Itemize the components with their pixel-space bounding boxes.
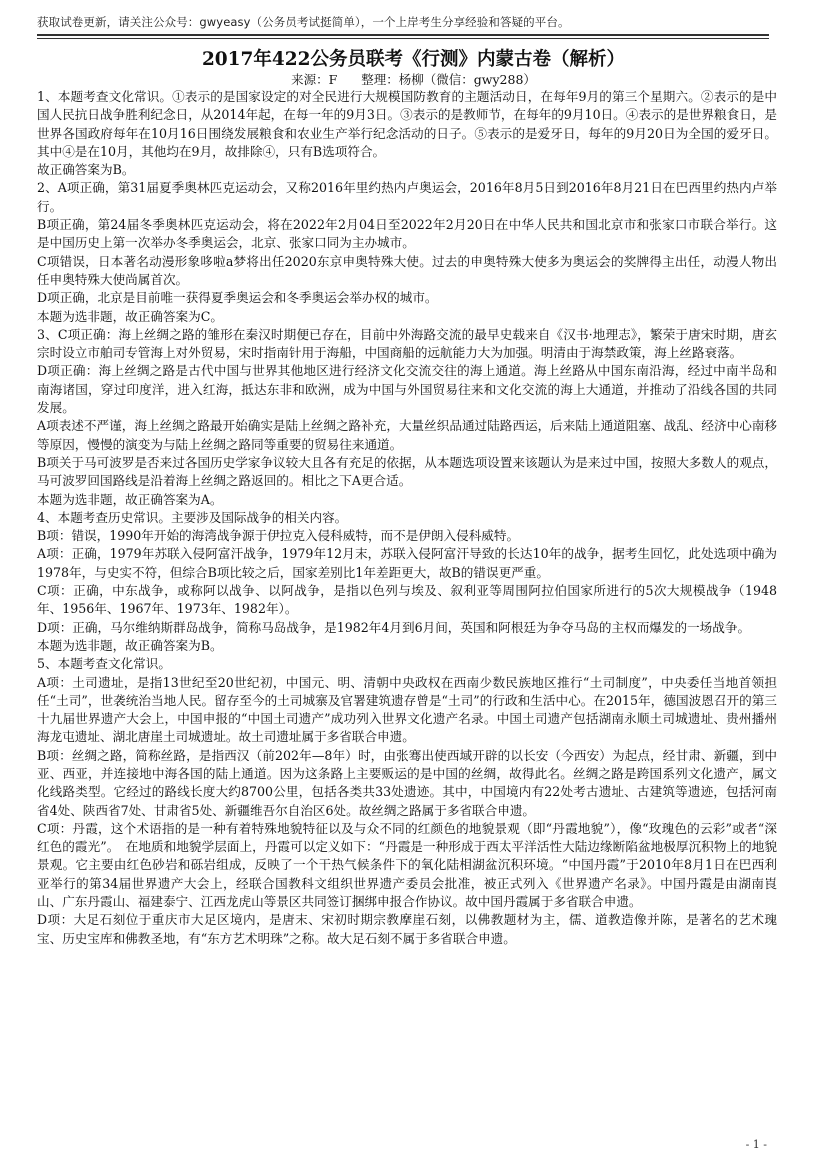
paragraph: D项正确：海上丝绸之路是古代中国与世界其他地区进行经济文化交流交往的海上通道。海…: [37, 362, 777, 417]
paragraph: 本题为选非题，故正确答案为C。: [37, 308, 777, 326]
paragraph: C项：丹霞，这个术语指的是一种有着特殊地貌特征以及与众不同的红颜色的地貌景观（即…: [37, 820, 777, 911]
paragraph: A项：正确，1979年苏联入侵阿富汗战争，1979年12月末，苏联入侵阿富汗导致…: [37, 545, 777, 582]
paragraph: B项：丝绸之路，简称丝路，是指西汉（前202年—8年）时，由张骞出使西域开辟的以…: [37, 747, 777, 820]
paragraph: D项：大足石刻位于重庆市大足区境内，是唐末、宋初时期宗教摩崖石刻，以佛教题材为主…: [37, 911, 777, 948]
paragraph: A项：土司遗址，是指13世纪至20世纪初，中国元、明、清朝中央政权在西南少数民族…: [37, 674, 777, 747]
document-byline: 来源：F整理：杨柳（微信：gwy288）: [0, 70, 827, 88]
source-label: 来源：F: [291, 72, 337, 87]
paragraph: A项表述不严谨，海上丝绸之路最开始确实是陆上丝绸之路补充，大量丝织品通过陆路西运…: [37, 417, 777, 454]
editor-label: 整理：杨柳（微信：gwy288）: [361, 72, 536, 87]
paragraph: 3、C项正确：海上丝绸之路的雏形在秦汉时期便已存在，目前中外海路交流的最早史载来…: [37, 326, 777, 363]
paragraph: 故正确答案为B。: [37, 161, 777, 179]
paragraph: D项：正确，马尔维纳斯群岛战争，简称马岛战争，是1982年4月到6月间，英国和阿…: [37, 619, 777, 637]
document-body: 1、本题考查文化常识。①表示的是国家设定的对全民进行大规模国防教育的主题活动日，…: [37, 88, 777, 948]
document-title: 2017年422公务员联考《行测》内蒙古卷（解析）: [0, 45, 827, 71]
page-number: - 1 -: [746, 1138, 767, 1151]
paragraph: 1、本题考查文化常识。①表示的是国家设定的对全民进行大规模国防教育的主题活动日，…: [37, 88, 777, 161]
header-double-rule: [37, 34, 769, 39]
paragraph: B项正确，第24届冬季奥林匹克运动会，将在2022年2月04日至2022年2月2…: [37, 216, 777, 253]
header-note: 获取试卷更新，请关注公众号：gwyeasy（公务员考试挺简单），一个上岸考生分享…: [37, 14, 570, 30]
paragraph: D项正确，北京是目前唯一获得夏季奥运会和冬季奥运会举办权的城市。: [37, 289, 777, 307]
paragraph: B项关于马可波罗是否来过各国历史学家争议较大且各有充足的依据，从本题选项设置来该…: [37, 454, 777, 491]
paragraph: 2、A项正确，第31届夏季奥林匹克运动会，又称2016年里约热内卢奥运会，201…: [37, 179, 777, 216]
paragraph: C项：正确，中东战争，或称阿以战争、以阿战争，是指以色列与埃及、叙利亚等周围阿拉…: [37, 582, 777, 619]
paragraph: C项错误，日本著名动漫形象哆啦a梦将出任2020东京申奥特殊大使。过去的申奥特殊…: [37, 253, 777, 290]
paragraph: 本题为选非题，故正确答案为B。: [37, 637, 777, 655]
paragraph: 4、本题考查历史常识。主要涉及国际战争的相关内容。: [37, 509, 777, 527]
paragraph: 5、本题考查文化常识。: [37, 655, 777, 673]
paragraph: 本题为选非题，故正确答案为A。: [37, 491, 777, 509]
paragraph: B项：错误，1990年开始的海湾战争源于伊拉克入侵科威特，而不是伊朗入侵科威特。: [37, 527, 777, 545]
